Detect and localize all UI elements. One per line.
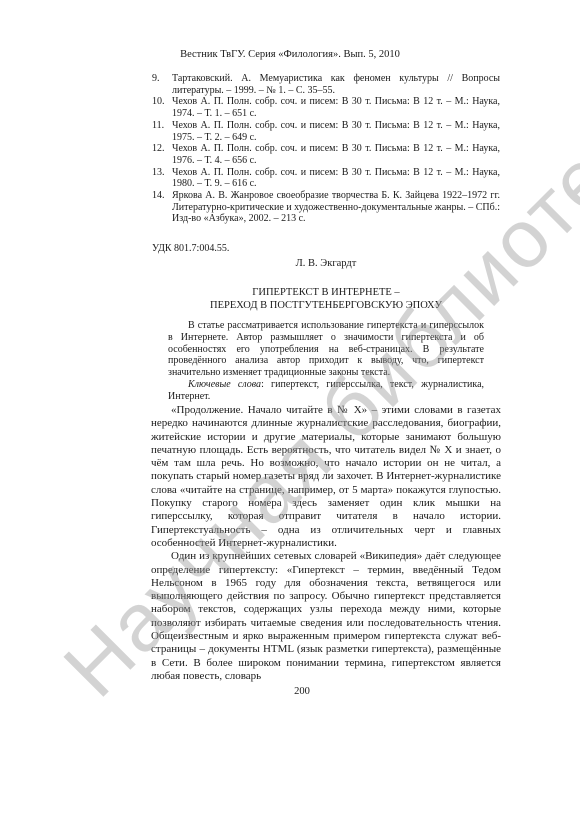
reference-list: 9.Тартаковский. А. Мемуаристика как фено…	[152, 73, 500, 225]
article-title: ГИПЕРТЕКСТ В ИНТЕРНЕТЕ – ПЕРЕХОД В ПОСТГ…	[152, 287, 500, 312]
reference-number: 11.	[152, 120, 172, 143]
reference-text: Чехов А. П. Полн. собр. соч. и писем: В …	[172, 167, 500, 190]
reference-item: 13.Чехов А. П. Полн. собр. соч. и писем:…	[152, 167, 500, 190]
reference-item: 9.Тартаковский. А. Мемуаристика как фено…	[152, 73, 500, 96]
reference-text: Чехов А. П. Полн. собр. соч. и писем: В …	[172, 143, 500, 166]
reference-number: 14.	[152, 190, 172, 225]
abstract: В статье рассматривается использование г…	[168, 320, 484, 403]
reference-item: 14.Яркова А. В. Жанровое своеобразие тво…	[152, 190, 500, 225]
reference-item: 12.Чехов А. П. Полн. собр. соч. и писем:…	[152, 143, 500, 166]
udk-code: УДК 801.7:004.55.	[152, 243, 229, 254]
reference-text: Чехов А. П. Полн. собр. соч. и писем: В …	[172, 120, 500, 143]
abstract-text: В статье рассматривается использование г…	[168, 320, 484, 379]
keywords-label: Ключевые слова	[188, 379, 261, 390]
reference-number: 10.	[152, 96, 172, 119]
body-paragraph: «Продолжение. Начало читайте в № Х» – эт…	[151, 404, 501, 550]
reference-number: 12.	[152, 143, 172, 166]
document-page: Вестник ТвГУ. Серия «Филология». Вып. 5,…	[0, 0, 580, 820]
keywords: Ключевые слова: гипертекст, гиперссылка,…	[168, 379, 484, 403]
reference-item: 10.Чехов А. П. Полн. собр. соч. и писем:…	[152, 96, 500, 119]
article-author: Л. В. Экгардт	[152, 258, 500, 269]
article-body: «Продолжение. Начало читайте в № Х» – эт…	[151, 404, 501, 683]
reference-text: Тартаковский. А. Мемуаристика как феноме…	[172, 73, 500, 96]
title-line-1: ГИПЕРТЕКСТ В ИНТЕРНЕТЕ –	[152, 287, 500, 300]
reference-number: 9.	[152, 73, 172, 96]
title-line-2: ПЕРЕХОД В ПОСТГУТЕНБЕРГОВСКУЮ ЭПОХУ	[152, 300, 500, 313]
reference-number: 13.	[152, 167, 172, 190]
reference-text: Чехов А. П. Полн. собр. соч. и писем: В …	[172, 96, 500, 119]
reference-text: Яркова А. В. Жанровое своеобразие творче…	[172, 190, 500, 225]
page-number: 200	[0, 686, 580, 697]
body-paragraph: Один из крупнейших сетевых словарей «Вик…	[151, 550, 501, 683]
reference-item: 11.Чехов А. П. Полн. собр. соч. и писем:…	[152, 120, 500, 143]
running-header: Вестник ТвГУ. Серия «Филология». Вып. 5,…	[0, 49, 580, 60]
